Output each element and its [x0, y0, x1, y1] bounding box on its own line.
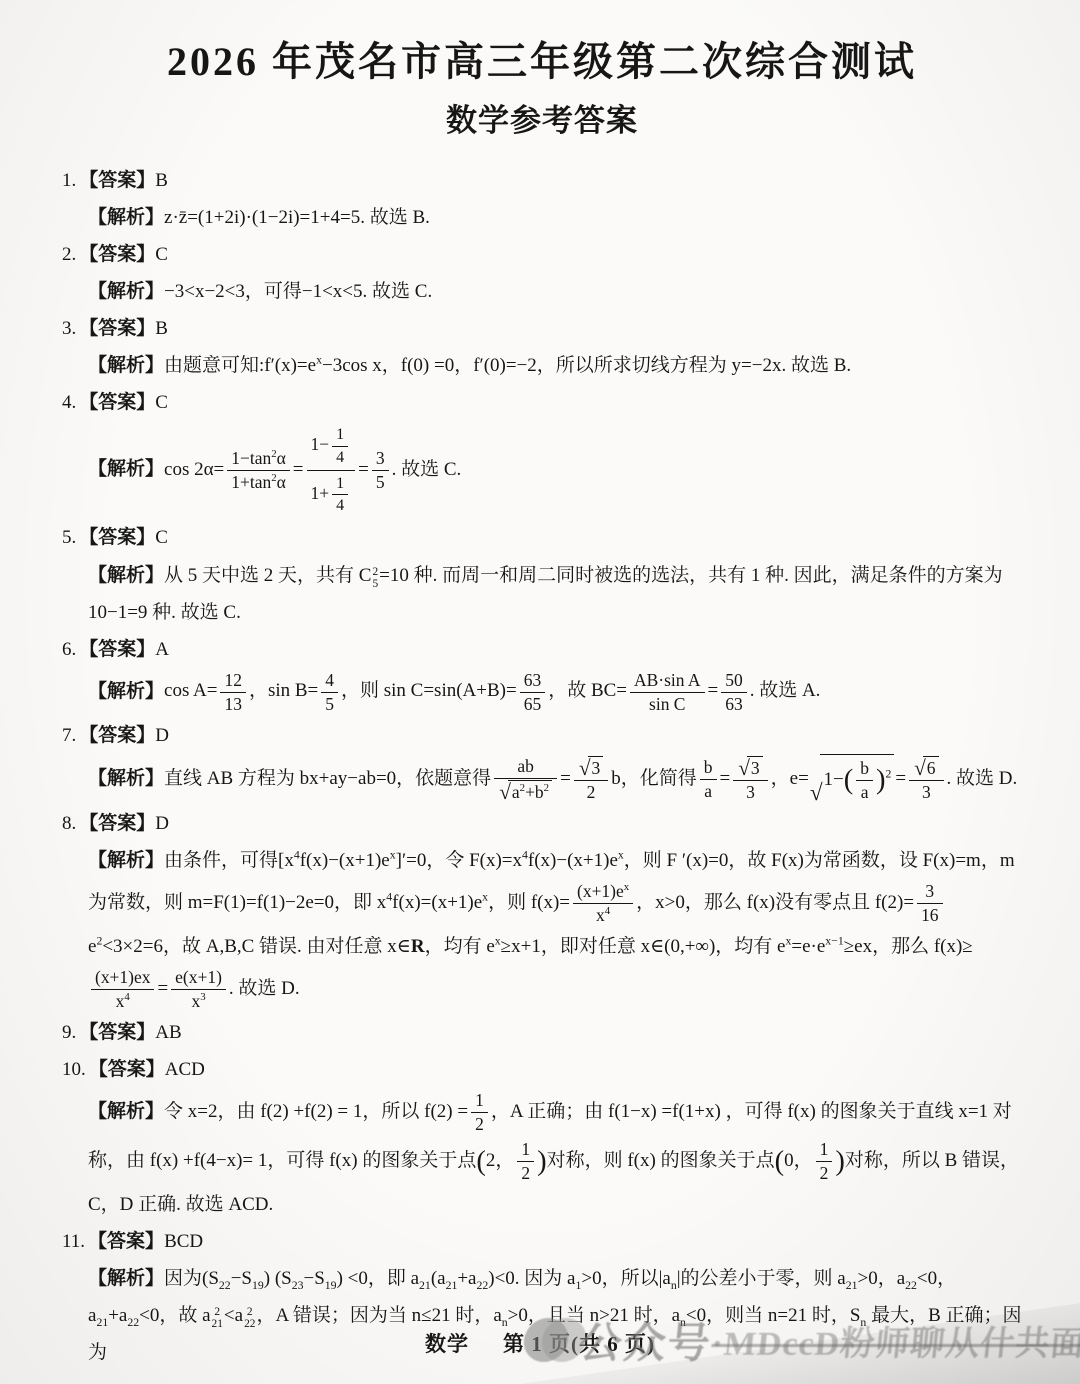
- analysis-label: 【解析】: [88, 281, 164, 302]
- answer-value: D: [155, 813, 169, 834]
- analysis-body: z·z̄=(1+2i)·(1−2i)=1+4=5. 故选 B.: [164, 207, 430, 228]
- analysis: 【解析】由题意可知:f′(x)=ex−3cos x，f(0) =0，f′(0)=…: [88, 347, 1022, 384]
- analysis: 【解析】−3<x−2<3，可得−1<x<5. 故选 C.: [88, 273, 1022, 310]
- answer-item: 7.【答案】D 【解析】直线 AB 方程为 bx+ay−ab=0，依题意得ab√…: [62, 717, 1022, 805]
- answer-item: 2.【答案】C 【解析】−3<x−2<3，可得−1<x<5. 故选 C.: [62, 236, 1022, 310]
- analysis-body: 由题意可知:f′(x)=ex−3cos x，f(0) =0，f′(0)=−2，所…: [164, 355, 851, 376]
- answer-value: A: [155, 639, 169, 660]
- analysis-body: cos 2α=1−tan2α1+tan2α=1−141+14=35. 故选 C.: [164, 459, 461, 480]
- answer-item: 6.【答案】A 【解析】cos A=1213，sin B=45，则 sin C=…: [62, 631, 1022, 717]
- page-footer: 数学第 1 页(共 6 页): [0, 1328, 1080, 1358]
- answer-value: AB: [155, 1022, 181, 1043]
- analysis-label: 【解析】: [88, 355, 164, 376]
- analysis-body: cos A=1213，sin B=45，则 sin C=sin(A+B)=636…: [164, 680, 820, 701]
- analysis-body: 直线 AB 方程为 bx+ay−ab=0，依题意得ab√a2+b2=√32b，化…: [164, 768, 1017, 789]
- answer-label: 【答案】: [79, 813, 155, 834]
- answers-list: 1.【答案】B 【解析】z·z̄=(1+2i)·(1−2i)=1+4=5. 故选…: [62, 162, 1022, 1371]
- item-number: 5.: [62, 527, 76, 548]
- analysis-label: 【解析】: [88, 1268, 164, 1289]
- answer-value: C: [155, 244, 168, 265]
- answer-label: 【答案】: [79, 639, 155, 660]
- item-number: 6.: [62, 639, 76, 660]
- answer-item: 3.【答案】B 【解析】由题意可知:f′(x)=ex−3cos x，f(0) =…: [62, 310, 1022, 384]
- analysis-label: 【解析】: [88, 850, 164, 871]
- answer-label: 【答案】: [79, 318, 155, 339]
- answer-label: 【答案】: [89, 1059, 165, 1080]
- answer-value: D: [155, 725, 169, 746]
- analysis-label: 【解析】: [88, 680, 164, 701]
- analysis-label: 【解析】: [88, 565, 164, 586]
- analysis: 【解析】cos A=1213，sin B=45，则 sin C=sin(A+B)…: [88, 668, 1022, 717]
- analysis-label: 【解析】: [88, 768, 164, 789]
- answer-value: ACD: [165, 1059, 205, 1080]
- item-number: 9.: [62, 1022, 76, 1043]
- answer-value: BCD: [164, 1231, 203, 1252]
- exam-answer-page: 2026 年茂名市高三年级第二次综合测试 数学参考答案 1.【答案】B 【解析】…: [0, 0, 1080, 1371]
- answer-label: 【答案】: [79, 527, 155, 548]
- analysis-label: 【解析】: [88, 207, 164, 228]
- page-subtitle: 数学参考答案: [62, 95, 1022, 140]
- answer-label: 【答案】: [88, 1231, 164, 1252]
- item-number: 3.: [62, 318, 76, 339]
- item-number: 1.: [62, 170, 76, 191]
- item-number: 2.: [62, 244, 76, 265]
- analysis: 【解析】从 5 天中选 2 天，共有 C25=10 种. 而周一和周二同时被选的…: [88, 557, 1022, 631]
- analysis: 【解析】z·z̄=(1+2i)·(1−2i)=1+4=5. 故选 B.: [88, 199, 1022, 236]
- answer-label: 【答案】: [79, 392, 155, 413]
- answer-value: B: [155, 318, 168, 339]
- analysis-label: 【解析】: [88, 459, 164, 480]
- item-number: 8.: [62, 813, 76, 834]
- answer-label: 【答案】: [79, 1022, 155, 1043]
- answer-value: C: [155, 392, 168, 413]
- page-title: 2026 年茂名市高三年级第二次综合测试: [62, 30, 1022, 87]
- analysis-body: 令 x=2，由 f(2) +f(2) = 1，所以 f(2) =12，A 正确；…: [88, 1101, 1019, 1215]
- analysis: 【解析】令 x=2，由 f(2) +f(2) = 1，所以 f(2) =12，A…: [88, 1088, 1022, 1223]
- analysis-body: 由条件，可得[x4f(x)−(x+1)ex]′=0，令 F(x)=x4f(x)−…: [88, 850, 1015, 999]
- answer-item: 1.【答案】B 【解析】z·z̄=(1+2i)·(1−2i)=1+4=5. 故选…: [62, 162, 1022, 236]
- answer-label: 【答案】: [79, 725, 155, 746]
- answer-item: 10.【答案】ACD 【解析】令 x=2，由 f(2) +f(2) = 1，所以…: [62, 1051, 1022, 1223]
- item-number: 4.: [62, 392, 76, 413]
- analysis-label: 【解析】: [88, 1101, 164, 1122]
- analysis: 【解析】由条件，可得[x4f(x)−(x+1)ex]′=0，令 F(x)=x4f…: [88, 842, 1022, 1014]
- analysis: 【解析】cos 2α=1−tan2α1+tan2α=1−141+14=35. 故…: [88, 421, 1022, 519]
- answer-value: B: [155, 170, 168, 191]
- answer-item: 4.【答案】C 【解析】cos 2α=1−tan2α1+tan2α=1−141+…: [62, 384, 1022, 519]
- answer-value: C: [155, 527, 168, 548]
- answer-label: 【答案】: [79, 244, 155, 265]
- analysis: 【解析】直线 AB 方程为 bx+ay−ab=0，依题意得ab√a2+b2=√3…: [88, 754, 1022, 805]
- answer-item: 5.【答案】C 【解析】从 5 天中选 2 天，共有 C25=10 种. 而周一…: [62, 519, 1022, 630]
- answer-item: 8.【答案】D 【解析】由条件，可得[x4f(x)−(x+1)ex]′=0，令 …: [62, 805, 1022, 1014]
- item-number: 7.: [62, 725, 76, 746]
- answer-label: 【答案】: [79, 170, 155, 191]
- answer-item: 9.【答案】AB: [62, 1014, 1022, 1051]
- footer-page-info: 第 1 页(共 6 页): [503, 1332, 655, 1356]
- footer-subject: 数学: [425, 1332, 469, 1356]
- item-number: 11.: [62, 1231, 85, 1252]
- analysis-body: 从 5 天中选 2 天，共有 C25=10 种. 而周一和周二同时被选的选法，共…: [88, 565, 1003, 623]
- analysis-body: −3<x−2<3，可得−1<x<5. 故选 C.: [164, 281, 432, 302]
- item-number: 10.: [62, 1059, 86, 1080]
